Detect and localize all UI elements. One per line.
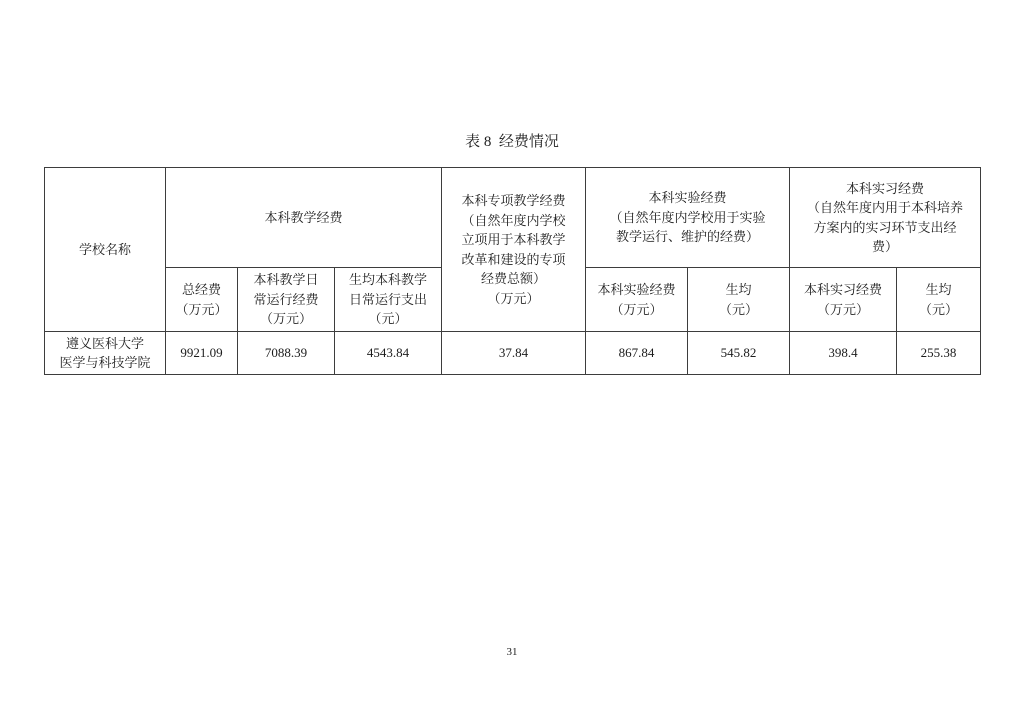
header-experiment-fund: 本科实验经费 （万元）: [586, 268, 688, 332]
header-group-teaching-fund: 本科教学经费: [166, 168, 442, 268]
cell-total-fund: 9921.09: [166, 332, 238, 375]
table-row: 遵义医科大学 医学与科技学院 9921.09 7088.39 4543.84 3…: [45, 332, 981, 375]
header-group-internship-fund: 本科实习经费 （自然年度内用于本科培养 方案内的实习环节支出经 费）: [790, 168, 981, 268]
header-total-fund: 总经费 （万元）: [166, 268, 238, 332]
cell-experiment-fund: 867.84: [586, 332, 688, 375]
cell-per-student-daily-spending: 4543.84: [335, 332, 442, 375]
header-per-student-daily-spending: 生均本科教学 日常运行支出 （元）: [335, 268, 442, 332]
header-daily-operating-fund: 本科教学日 常运行经费 （万元）: [238, 268, 335, 332]
cell-experiment-per-student: 545.82: [688, 332, 790, 375]
cell-school-name: 遵义医科大学 医学与科技学院: [45, 332, 166, 375]
header-school-name: 学校名称: [45, 168, 166, 332]
cell-internship-per-student: 255.38: [897, 332, 981, 375]
cell-internship-fund: 398.4: [790, 332, 897, 375]
header-experiment-per-student: 生均 （元）: [688, 268, 790, 332]
table-caption: 表 8 经费情况: [0, 130, 1024, 151]
header-row-groups: 学校名称 本科教学经费 本科专项教学经费 （自然年度内学校 立项用于本科教学 改…: [45, 168, 981, 268]
cell-special-teaching-fund: 37.84: [442, 332, 586, 375]
header-internship-per-student: 生均 （元）: [897, 268, 981, 332]
header-internship-fund: 本科实习经费 （万元）: [790, 268, 897, 332]
header-group-experiment-fund: 本科实验经费 （自然年度内学校用于实验 教学运行、维护的经费）: [586, 168, 790, 268]
page-number: 31: [0, 646, 1024, 658]
funding-table: 学校名称 本科教学经费 本科专项教学经费 （自然年度内学校 立项用于本科教学 改…: [44, 167, 981, 375]
cell-daily-operating-fund: 7088.39: [238, 332, 335, 375]
header-group-special-teaching-fund: 本科专项教学经费 （自然年度内学校 立项用于本科教学 改革和建设的专项 经费总额…: [442, 168, 586, 332]
